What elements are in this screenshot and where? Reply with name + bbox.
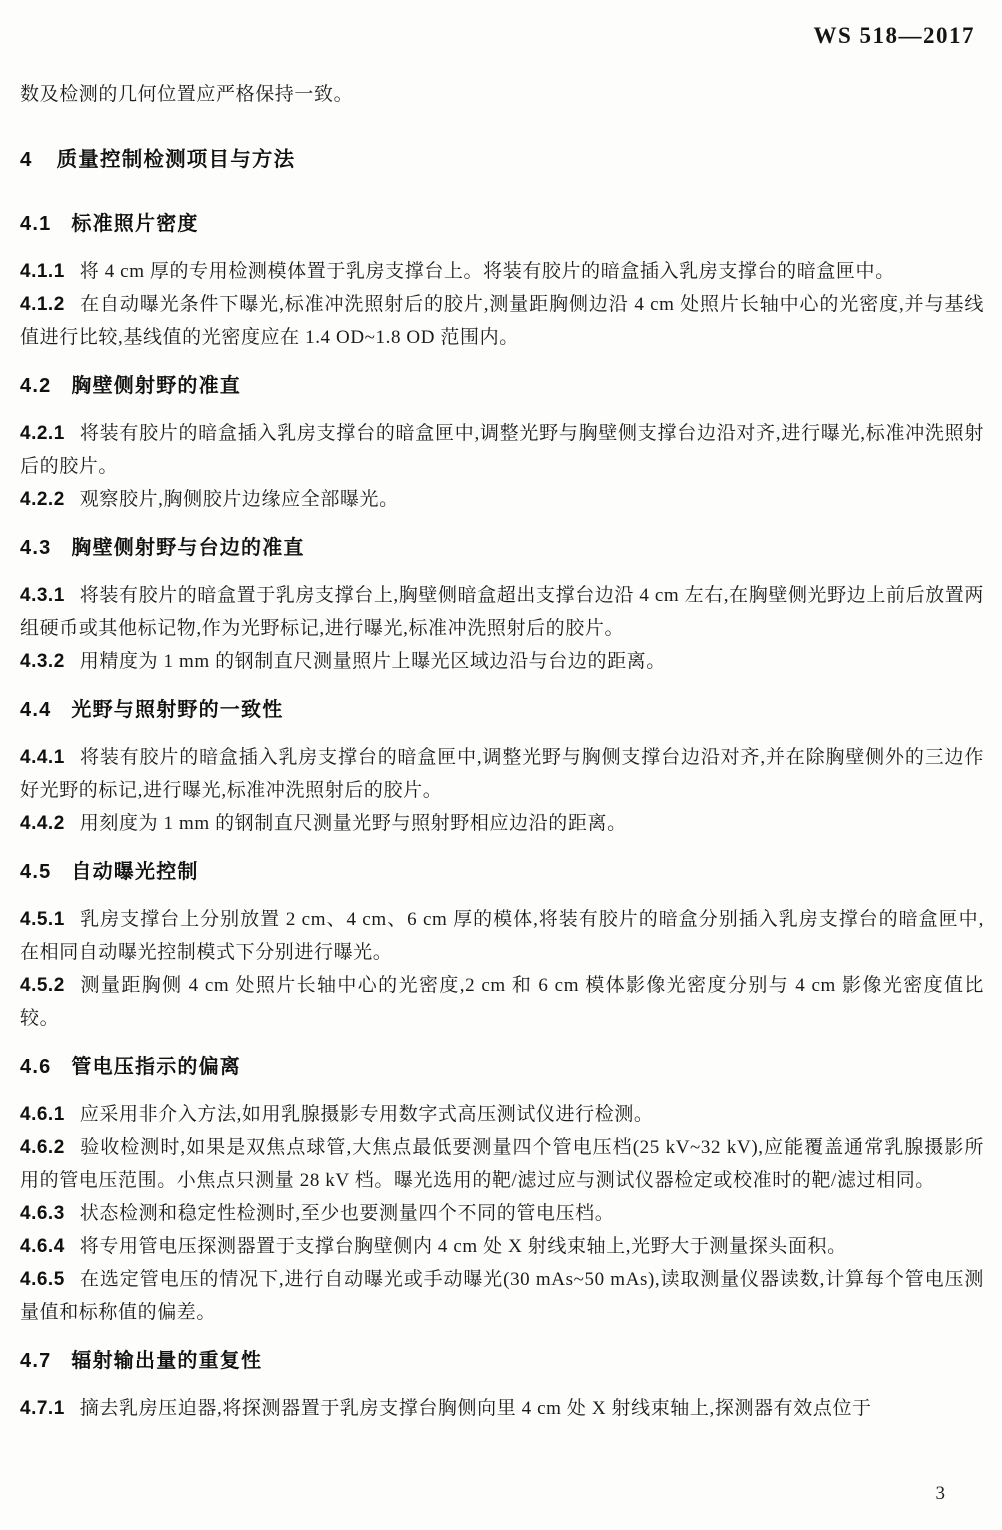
section-heading-4-7: 4.7辐射输出量的重复性 <box>20 1345 984 1378</box>
clause-text: 用精度为 1 mm 的钢制直尺测量照片上曝光区域边沿与台边的距离。 <box>80 651 666 672</box>
clause-number: 4.2.2 <box>20 489 65 510</box>
section-heading-4-5: 4.5自动曝光控制 <box>20 856 984 889</box>
clause-text: 将装有胶片的暗盒置于乳房支撑台上,胸壁侧暗盒超出支撑台边沿 4 cm 左右,在胸… <box>20 585 984 639</box>
section-heading-4-4: 4.4光野与照射野的一致性 <box>20 694 984 727</box>
clause-text: 测量距胸侧 4 cm 处照片长轴中心的光密度,2 cm 和 6 cm 模体影像光… <box>20 975 984 1029</box>
clause-text: 将 4 cm 厚的专用检测模体置于乳房支撑台上。将装有胶片的暗盒插入乳房支撑台的… <box>80 261 895 282</box>
section-title: 自动曝光控制 <box>71 861 198 883</box>
section-heading-4-2: 4.2胸壁侧射野的准直 <box>20 370 984 403</box>
clause-text: 观察胶片,胸侧胶片边缘应全部曝光。 <box>80 489 399 510</box>
chapter-title: 质量控制检测项目与方法 <box>57 148 296 171</box>
clause-4-6-3: 4.6.3状态检测和稳定性检测时,至少也要测量四个不同的管电压档。 <box>20 1197 984 1230</box>
clause-text: 在选定管电压的情况下,进行自动曝光或手动曝光(30 mAs~50 mAs),读取… <box>20 1269 984 1323</box>
page-content: 数及检测的几何位置应严格保持一致。 4质量控制检测项目与方法 4.1标准照片密度… <box>20 0 984 1425</box>
section-title: 光野与照射野的一致性 <box>71 699 283 721</box>
clause-number: 4.4.1 <box>20 747 65 768</box>
clause-number: 4.4.2 <box>20 813 65 834</box>
clause-4-2-2: 4.2.2观察胶片,胸侧胶片边缘应全部曝光。 <box>20 483 984 516</box>
clause-number: 4.7.1 <box>20 1398 65 1419</box>
clause-text: 状态检测和稳定性检测时,至少也要测量四个不同的管电压档。 <box>80 1203 615 1224</box>
section-title: 标准照片密度 <box>71 213 198 235</box>
clause-4-3-1: 4.3.1将装有胶片的暗盒置于乳房支撑台上,胸壁侧暗盒超出支撑台边沿 4 cm … <box>20 579 984 645</box>
section-number: 4.4 <box>20 699 51 721</box>
clause-text: 乳房支撑台上分别放置 2 cm、4 cm、6 cm 厚的模体,将装有胶片的暗盒分… <box>20 909 984 963</box>
clause-text: 在自动曝光条件下曝光,标准冲洗照射后的胶片,测量距胸侧边沿 4 cm 处照片长轴… <box>20 294 984 348</box>
clause-4-4-1: 4.4.1将装有胶片的暗盒插入乳房支撑台的暗盒匣中,调整光野与胸侧支撑台边沿对齐… <box>20 741 984 807</box>
section-number: 4.3 <box>20 537 51 559</box>
clause-text: 摘去乳房压迫器,将探测器置于乳房支撑台胸侧向里 4 cm 处 X 射线束轴上,探… <box>80 1398 872 1419</box>
clause-4-5-2: 4.5.2测量距胸侧 4 cm 处照片长轴中心的光密度,2 cm 和 6 cm … <box>20 969 984 1035</box>
clause-4-6-4: 4.6.4将专用管电压探测器置于支撑台胸壁侧内 4 cm 处 X 射线束轴上,光… <box>20 1230 984 1263</box>
document-page: WS 518—2017 数及检测的几何位置应严格保持一致。 4质量控制检测项目与… <box>0 0 1002 1530</box>
clause-4-1-1: 4.1.1将 4 cm 厚的专用检测模体置于乳房支撑台上。将装有胶片的暗盒插入乳… <box>20 255 984 288</box>
clause-4-7-1: 4.7.1摘去乳房压迫器,将探测器置于乳房支撑台胸侧向里 4 cm 处 X 射线… <box>20 1392 984 1425</box>
clause-number: 4.3.2 <box>20 651 65 672</box>
clause-4-3-2: 4.3.2用精度为 1 mm 的钢制直尺测量照片上曝光区域边沿与台边的距离。 <box>20 645 984 678</box>
chapter-heading: 4质量控制检测项目与方法 <box>20 143 984 176</box>
clause-text: 将专用管电压探测器置于支撑台胸壁侧内 4 cm 处 X 射线束轴上,光野大于测量… <box>80 1236 847 1257</box>
clause-number: 4.1.2 <box>20 294 65 315</box>
clause-text: 验收检测时,如果是双焦点球管,大焦点最低要测量四个管电压档(25 kV~32 k… <box>20 1137 984 1191</box>
clause-number: 4.6.2 <box>20 1137 65 1158</box>
clause-text: 应采用非介入方法,如用乳腺摄影专用数字式高压测试仪进行检测。 <box>80 1104 654 1125</box>
section-heading-4-1: 4.1标准照片密度 <box>20 208 984 241</box>
clause-4-6-1: 4.6.1应采用非介入方法,如用乳腺摄影专用数字式高压测试仪进行检测。 <box>20 1098 984 1131</box>
section-number: 4.5 <box>20 861 51 883</box>
clause-number: 4.5.2 <box>20 975 65 996</box>
clause-number: 4.1.1 <box>20 261 65 282</box>
clause-text: 将装有胶片的暗盒插入乳房支撑台的暗盒匣中,调整光野与胸侧支撑台边沿对齐,并在除胸… <box>20 747 984 801</box>
clause-text: 将装有胶片的暗盒插入乳房支撑台的暗盒匣中,调整光野与胸壁侧支撑台边沿对齐,进行曝… <box>20 423 984 477</box>
clause-text: 用刻度为 1 mm 的钢制直尺测量光野与照射野相应边沿的距离。 <box>80 813 627 834</box>
clause-number: 4.3.1 <box>20 585 65 606</box>
clause-number: 4.6.5 <box>20 1269 65 1290</box>
section-number: 4.1 <box>20 213 51 235</box>
section-title: 管电压指示的偏离 <box>71 1056 241 1078</box>
section-heading-4-3: 4.3胸壁侧射野与台边的准直 <box>20 532 984 565</box>
clause-4-2-1: 4.2.1将装有胶片的暗盒插入乳房支撑台的暗盒匣中,调整光野与胸壁侧支撑台边沿对… <box>20 417 984 483</box>
section-number: 4.7 <box>20 1350 51 1372</box>
page-number: 3 <box>936 1483 946 1505</box>
clause-4-4-2: 4.4.2用刻度为 1 mm 的钢制直尺测量光野与照射野相应边沿的距离。 <box>20 807 984 840</box>
chapter-number: 4 <box>20 148 33 171</box>
carryover-paragraph: 数及检测的几何位置应严格保持一致。 <box>20 78 984 111</box>
section-title: 胸壁侧射野与台边的准直 <box>71 537 304 559</box>
clause-number: 4.6.1 <box>20 1104 65 1125</box>
clause-4-5-1: 4.5.1乳房支撑台上分别放置 2 cm、4 cm、6 cm 厚的模体,将装有胶… <box>20 903 984 969</box>
clause-4-6-5: 4.6.5在选定管电压的情况下,进行自动曝光或手动曝光(30 mAs~50 mA… <box>20 1263 984 1329</box>
clause-number: 4.6.4 <box>20 1236 65 1257</box>
section-title: 辐射输出量的重复性 <box>71 1350 262 1372</box>
clause-number: 4.5.1 <box>20 909 65 930</box>
clause-number: 4.2.1 <box>20 423 65 444</box>
section-heading-4-6: 4.6管电压指示的偏离 <box>20 1051 984 1084</box>
clause-4-1-2: 4.1.2在自动曝光条件下曝光,标准冲洗照射后的胶片,测量距胸侧边沿 4 cm … <box>20 288 984 354</box>
section-number: 4.6 <box>20 1056 51 1078</box>
section-number: 4.2 <box>20 375 51 397</box>
section-title: 胸壁侧射野的准直 <box>71 375 241 397</box>
clause-number: 4.6.3 <box>20 1203 65 1224</box>
clause-4-6-2: 4.6.2验收检测时,如果是双焦点球管,大焦点最低要测量四个管电压档(25 kV… <box>20 1131 984 1197</box>
